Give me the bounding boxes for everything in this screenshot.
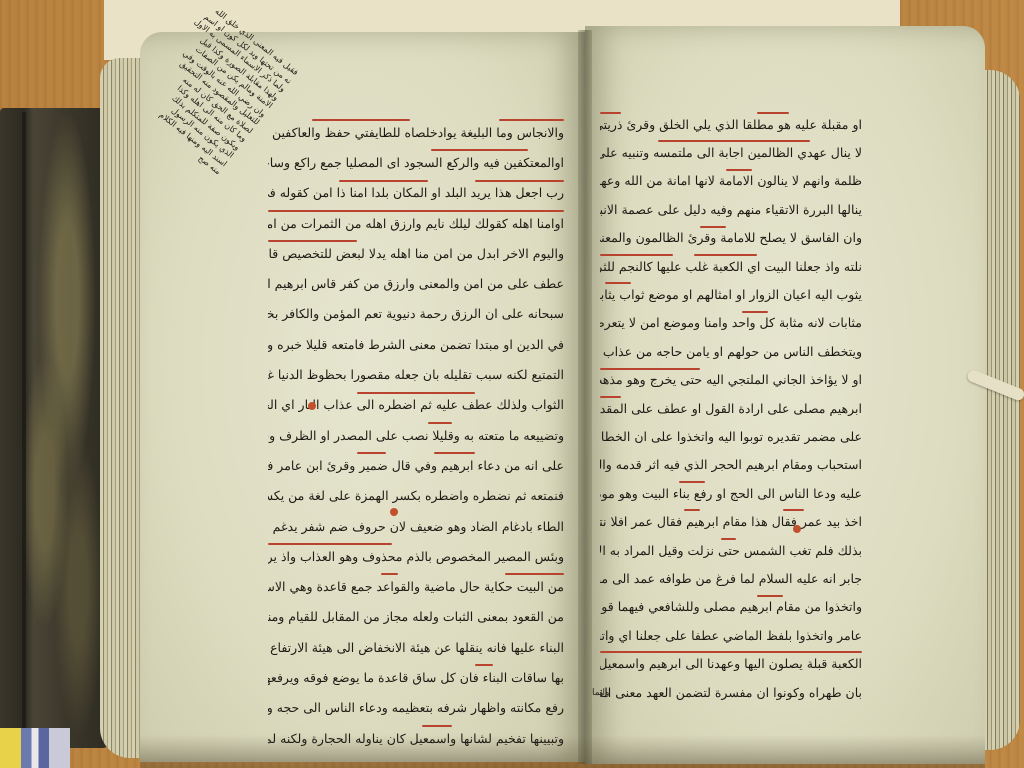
rubric-overline	[600, 112, 621, 114]
text-line-content: او مقبلة عليه هو مطلقا الذي يلي الخلق وق…	[600, 117, 862, 132]
rubric-overline	[475, 180, 564, 182]
rubric-dot	[390, 508, 398, 516]
rubric-overline	[600, 368, 700, 370]
text-line: على انه من دعاء ابرهيم وفي قال ضمير وقرئ…	[268, 450, 564, 480]
rubric-overline	[694, 254, 757, 256]
text-line: وان الفاسق لا يصلح للامامة وقرئ الظالمون…	[600, 224, 862, 252]
text-line-content: عطف على من امن والمعنى وارزق من كفر قاس …	[268, 276, 564, 291]
left-page-text-block: والانجاس وما البليغة يوادخلصاه للطايفتي …	[268, 117, 564, 753]
text-line-content: ينالها البررة الاتقياء منهم وفيه دليل عل…	[600, 202, 862, 217]
book-gutter	[578, 30, 592, 764]
text-line-content: واليوم الاخر ابدل من امن منا اهله يدلا ل…	[268, 246, 564, 261]
cover-crease	[22, 112, 26, 732]
text-line-content: او لا يؤاخذ الجاني الملتجي اليه حتى يخرج…	[600, 372, 862, 387]
rubric-overline	[268, 210, 564, 212]
text-line: ابرهيم مصلى على ارادة القول او عطف على ا…	[600, 394, 862, 422]
text-line-content: وان الفاسق لا يصلح للامامة وقرئ الظالمون…	[600, 230, 862, 245]
text-line-content: رب اجعل هذا يريد البلد او المكان بلدا ام…	[268, 185, 564, 200]
rubric-overline	[312, 119, 410, 121]
text-line: من القعود بمعنى الثبات ولعله مجاز من الم…	[268, 602, 564, 632]
rubric-overline	[757, 595, 783, 597]
text-line-content: عليه ودعا الناس الى الحج او رفع بناء الب…	[600, 486, 862, 501]
text-line-content: بذلك فلم تغب الشمس حتى نزلت وقيل المراد …	[600, 543, 862, 558]
rubric-overline	[700, 226, 726, 228]
text-line-content: واتخذوا من مقام ابرهيم مصلى وللشافعي فيه…	[600, 599, 862, 614]
text-line: رفع مكانته واظهار شرفه بتعظيمه ودعاء الن…	[268, 693, 564, 723]
text-line-content: على انه من دعاء ابرهيم وفي قال ضمير وقرئ…	[268, 458, 564, 473]
text-line: بذلك فلم تغب الشمس حتى نزلت وقيل المراد …	[600, 536, 862, 564]
rubric-overline	[422, 725, 452, 727]
rubric-overline	[600, 254, 673, 256]
rubric-overline	[431, 149, 529, 151]
text-line: التمتيع لكنه سبب تقليله بان جعله مقصورا …	[268, 359, 564, 389]
text-line: الكعبة قبلة يصلون اليها وعهدنا الى ابرهي…	[600, 649, 862, 677]
rubric-overline	[783, 509, 804, 511]
text-line: فنمتعه ثم نضطره واضطره بكسر الهمزة على ل…	[268, 481, 564, 511]
text-line: عامر واتخذوا بلفظ الماضي عطفا على جعلنا …	[600, 621, 862, 649]
text-line: رب اجعل هذا يريد البلد او المكان بلدا ام…	[268, 178, 564, 208]
text-line: على مضمر تقديره توبوا اليه واتخذوا على ا…	[600, 422, 862, 450]
text-line: عطف على من امن والمعنى وارزق من كفر قاس …	[268, 268, 564, 298]
rubric-overline	[726, 169, 752, 171]
text-line: ظلمة وانهم لا ينالون الامامة لانها امانة…	[600, 167, 862, 195]
text-line-content: ويتخطف الناس من حولهم او يامن حاجه من عذ…	[600, 344, 862, 359]
bottom-shadow	[140, 735, 985, 768]
rubric-overline	[600, 396, 621, 398]
rubric-overline	[381, 573, 399, 575]
text-line: والانجاس وما البليغة يوادخلصاه للطايفتي …	[268, 117, 564, 147]
text-line-content: البناء عليها فانه ينقلها عن هيئة الانخفا…	[268, 640, 564, 655]
text-line-content: جابر انه عليه السلام لما فرغ من طوافه عم…	[600, 571, 862, 586]
rubric-overline	[434, 452, 475, 454]
text-line-content: فنمتعه ثم نضطره واضطره بكسر الهمزة على ل…	[268, 488, 564, 503]
text-line: من البيت حكاية حال ماضية والقواعد جمع قا…	[268, 571, 564, 601]
rubric-overline	[505, 573, 564, 575]
text-line: لا ينال عهدي الظالمين اجابة الى ملتمسه و…	[600, 138, 862, 166]
text-line: او لا يؤاخذ الجاني الملتجي اليه حتى يخرج…	[600, 366, 862, 394]
colored-items-corner	[0, 728, 70, 768]
text-line-content: ابرهيم مصلى على ارادة القول او عطف على ا…	[600, 401, 862, 416]
text-line: الطاء بادغام الضاد وهو ضعيف لان حروف ضم …	[268, 511, 564, 541]
text-line: ينالها البررة الاتقياء منهم وفيه دليل عل…	[600, 195, 862, 223]
text-line: البناء عليها فانه ينقلها عن هيئة الانخفا…	[268, 632, 564, 662]
rubric-overline	[428, 422, 452, 424]
text-line: مثابات لانه مثابة كل واحد وامنا وموضع ام…	[600, 309, 862, 337]
rubric-overline	[600, 651, 862, 653]
rubric-overline	[268, 240, 357, 242]
text-line-content: ظلمة وانهم لا ينالون الامامة لانها امانة…	[600, 173, 862, 188]
rubric-overline	[268, 543, 392, 545]
rubric-overline	[658, 140, 810, 142]
text-line: وبئس المصير المخصوص بالذم محذوف وهو العذ…	[268, 541, 564, 571]
text-line: يثوب اليه اعيان الزوار او امثالهم او موض…	[600, 280, 862, 308]
text-line-content: من البيت حكاية حال ماضية والقواعد جمع قا…	[268, 579, 564, 594]
rubric-overline	[742, 311, 768, 313]
text-line-content: والانجاس وما البليغة يوادخلصاه للطايفتي …	[268, 125, 564, 140]
text-line: اوامنا اهله كقولك ليلك نايم وارزق اهله م…	[268, 208, 564, 238]
rubric-overline	[357, 392, 475, 394]
catchword: وانما	[592, 688, 609, 698]
rubric-overline	[357, 452, 387, 454]
text-line-content: وبئس المصير المخصوص بالذم محذوف وهو العذ…	[268, 549, 564, 564]
text-line: عليه ودعا الناس الى الحج او رفع بناء الب…	[600, 479, 862, 507]
text-line-content: التمتيع لكنه سبب تقليله بان جعله مقصورا …	[268, 367, 564, 382]
text-line-content: اوالمعتكفين فيه والركع السجود اى المصليا…	[268, 155, 564, 170]
text-line-content: يثوب اليه اعيان الزوار او امثالهم او موض…	[600, 287, 862, 302]
text-line-content: سبحانه على ان الرزق رحمة دنيوية تعم المؤ…	[268, 306, 564, 321]
text-line-content: الطاء بادغام الضاد وهو ضعيف لان حروف ضم …	[268, 519, 564, 534]
rubric-overline	[605, 282, 631, 284]
text-line-content: على مضمر تقديره توبوا اليه واتخذوا على ا…	[600, 429, 862, 444]
text-line: واتخذوا من مقام ابرهيم مصلى وللشافعي فيه…	[600, 593, 862, 621]
text-line: ويتخطف الناس من حولهم او يامن حاجه من عذ…	[600, 337, 862, 365]
text-line-content: وتضييعه ما متعته به وقليلا نصب على المصد…	[268, 428, 564, 443]
right-page-text-block: او مقبلة عليه هو مطلقا الذي يلي الخلق وق…	[600, 110, 862, 706]
rubric-dot	[308, 402, 316, 410]
text-line-content: نلته واذ جعلنا البيت اي الكعبة غلب عليها…	[600, 259, 862, 274]
text-line: بها ساقات البناء فان كل ساق قاعدة ما يوض…	[268, 662, 564, 692]
rubric-overline	[679, 481, 705, 483]
rubric-overline	[339, 180, 428, 182]
text-line: نلته واذ جعلنا البيت اي الكعبة غلب عليها…	[600, 252, 862, 280]
text-line: بان طهراه وكونوا ان مفسرة لتضمن العهد مع…	[600, 678, 862, 706]
text-line-content: مثابات لانه مثابة كل واحد وامنا وموضع ام…	[600, 315, 862, 330]
text-line-content: رفع مكانته واظهار شرفه بتعظيمه ودعاء الن…	[268, 700, 564, 715]
rubric-overline	[475, 664, 493, 666]
text-line-content: في الدين او مبتدا تضمن معنى الشرط فامتعه…	[268, 337, 564, 352]
text-line-content: لا ينال عهدي الظالمين اجابة الى ملتمسه و…	[600, 145, 862, 160]
rubric-dot	[793, 525, 801, 533]
text-line: او مقبلة عليه هو مطلقا الذي يلي الخلق وق…	[600, 110, 862, 138]
text-line-content: اخذ بيد عمر فقال هذا مقام ابرهيم فقال عم…	[600, 514, 862, 529]
text-line: جابر انه عليه السلام لما فرغ من طوافه عم…	[600, 564, 862, 592]
rubric-overline	[757, 112, 788, 114]
text-line: في الدين او مبتدا تضمن معنى الشرط فامتعه…	[268, 329, 564, 359]
rubric-overline	[721, 538, 737, 540]
text-line-content: من القعود بمعنى الثبات ولعله مجاز من الم…	[268, 609, 564, 624]
text-line-content: بان طهراه وكونوا ان مفسرة لتضمن العهد مع…	[600, 685, 862, 700]
text-line: وتضييعه ما متعته به وقليلا نصب على المصد…	[268, 420, 564, 450]
leather-cover	[0, 108, 112, 748]
rubric-overline	[684, 509, 700, 511]
text-line-content: عامر واتخذوا بلفظ الماضي عطفا على جعلنا …	[600, 628, 862, 643]
text-line: واليوم الاخر ابدل من امن منا اهله يدلا ل…	[268, 238, 564, 268]
text-line-content: استحباب ومقام ابرهيم الحجر الذي فيه اثر …	[600, 457, 862, 472]
text-line-content: الكعبة قبلة يصلون اليها وعهدنا الى ابرهي…	[600, 656, 862, 671]
text-line: اخذ بيد عمر فقال هذا مقام ابرهيم فقال عم…	[600, 507, 862, 535]
text-line-content: اوامنا اهله كقولك ليلك نايم وارزق اهله م…	[268, 216, 564, 231]
text-line: اوالمعتكفين فيه والركع السجود اى المصليا…	[268, 147, 564, 177]
rubric-overline	[499, 119, 564, 121]
text-line: استحباب ومقام ابرهيم الحجر الذي فيه اثر …	[600, 451, 862, 479]
text-line: سبحانه على ان الرزق رحمة دنيوية تعم المؤ…	[268, 299, 564, 329]
text-line-content: بها ساقات البناء فان كل ساق قاعدة ما يوض…	[268, 670, 564, 685]
